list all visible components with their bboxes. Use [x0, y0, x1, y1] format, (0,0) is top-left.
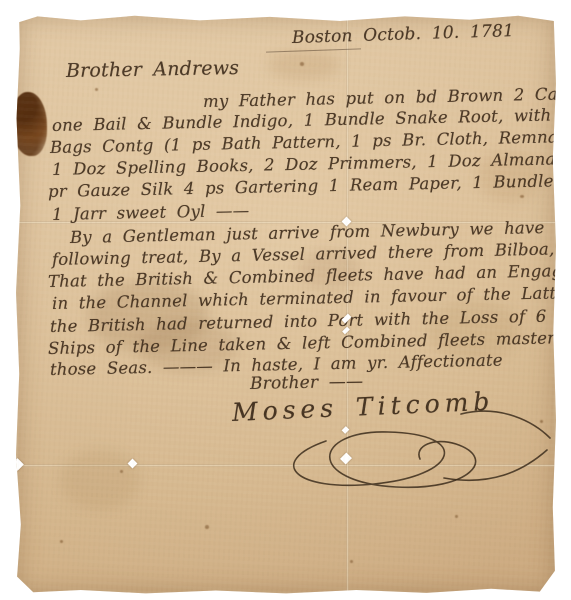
flourish-tail-stroke — [461, 411, 550, 438]
flourish-exit-stroke — [444, 450, 547, 480]
signature-flourish — [206, 386, 556, 501]
letter-line: 1 Jarr sweet Oyl —— — [52, 203, 250, 224]
foxing-speck — [205, 525, 209, 529]
fold-tear — [128, 459, 138, 469]
letter-paper: Boston Octob. 10. 1781 Brother Andrews m… — [16, 14, 556, 594]
letter-salutation: Brother Andrews — [66, 59, 239, 81]
foxing-speck — [455, 515, 458, 518]
water-stain — [268, 50, 340, 80]
ink-burn-stain — [11, 92, 47, 156]
foxing-speck — [95, 88, 98, 91]
fold-tear — [11, 458, 24, 471]
foxing-speck — [60, 540, 63, 543]
foxing-speck — [350, 560, 353, 563]
photo-of-letter: Boston Octob. 10. 1781 Brother Andrews m… — [0, 0, 571, 600]
foxing-speck — [300, 62, 304, 66]
letter-dateline: Boston Octob. 10. 1781 — [292, 23, 515, 47]
water-stain — [60, 450, 140, 510]
foxing-speck — [120, 470, 123, 473]
foxing-speck — [520, 195, 524, 198]
pen-stroke — [266, 48, 361, 52]
